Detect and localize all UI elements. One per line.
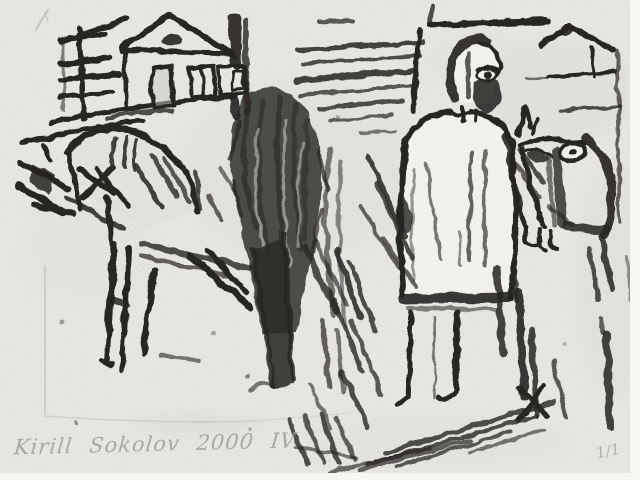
- scanned-print: Kirill Sokolov 2000 IV 1/1: [0, 0, 640, 480]
- print-drawing: [0, 0, 640, 480]
